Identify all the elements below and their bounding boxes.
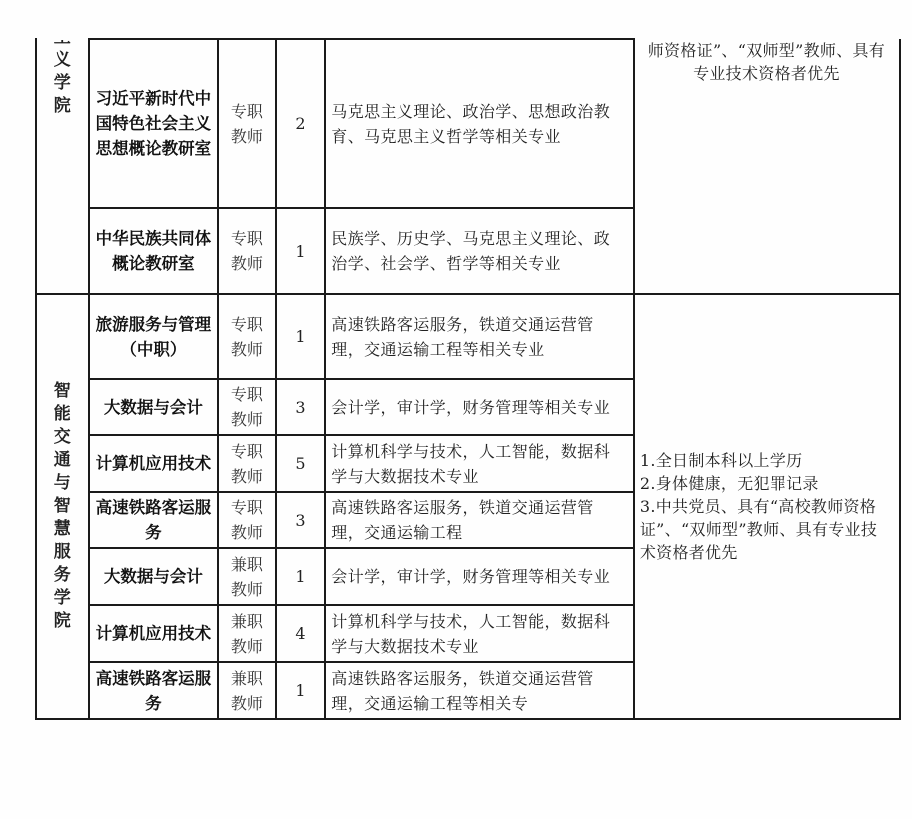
requirement-item: 3.中共党员、具有“高校教师资格证”、“双师型”教师、具有专业技术资格者优先	[640, 495, 893, 564]
position-type-cell: 专职教师	[218, 294, 276, 379]
headcount-cell: 1	[276, 548, 326, 605]
dept-cell: 高速铁路客运服务	[89, 662, 218, 719]
position-type-cell: 专职教师	[218, 435, 276, 492]
recruitment-table: 主义学院 习近平新时代中国特色社会主义思想概论教研室 专职教师 2 马克思主义理…	[35, 38, 901, 720]
position-type-cell: 专职教师	[218, 379, 276, 435]
dept-cell: 大数据与会计	[89, 379, 218, 435]
major-cell: 高速铁路客运服务，铁道交通运营管理，交通运输工程等相关专业	[325, 294, 634, 379]
position-type-cell: 兼职教师	[218, 548, 276, 605]
requirements-cell: 1.全日制本科以上学历 2.身体健康，无犯罪记录 3.中共党员、具有“高校教师资…	[634, 294, 900, 719]
headcount-cell: 3	[276, 492, 326, 548]
dept-cell: 习近平新时代中国特色社会主义思想概论教研室	[89, 39, 218, 208]
dept-cell: 大数据与会计	[89, 548, 218, 605]
major-cell: 高速铁路客运服务，铁道交通运营管理，交通运输工程	[325, 492, 634, 548]
major-cell: 高速铁路客运服务，铁道交通运营管理，交通运输工程等相关专	[325, 662, 634, 719]
major-cell: 计算机科学与技术，人工智能，数据科学与大数据技术专业	[325, 605, 634, 662]
position-type-cell: 兼职教师	[218, 605, 276, 662]
position-type-cell: 专职教师	[218, 492, 276, 548]
headcount-cell: 3	[276, 379, 326, 435]
table-row: 智能交通与智慧服务学院 旅游服务与管理（中职） 专职教师 1 高速铁路客运服务，…	[36, 294, 900, 379]
college-name: 智能交通与智慧服务学院	[52, 380, 72, 633]
headcount-cell: 4	[276, 605, 326, 662]
college-cell: 主义学院	[36, 39, 89, 294]
major-cell: 会计学，审计学，财务管理等相关专业	[325, 379, 634, 435]
position-type-cell: 兼职教师	[218, 662, 276, 719]
dept-cell: 中华民族共同体概论教研室	[89, 208, 218, 294]
headcount-cell: 2	[276, 39, 326, 208]
dept-cell: 计算机应用技术	[89, 435, 218, 492]
headcount-cell: 1	[276, 294, 326, 379]
major-cell: 计算机科学与技术，人工智能，数据科学与大数据技术专业	[325, 435, 634, 492]
major-cell: 马克思主义理论、政治学、思想政治教育、马克思主义哲学等相关专业	[325, 39, 634, 208]
major-cell: 民族学、历史学、马克思主义理论、政治学、社会学、哲学等相关专业	[325, 208, 634, 294]
headcount-cell: 5	[276, 435, 326, 492]
requirements-text: 师资格证”、“双师型”教师、具有专业技术资格者优先	[640, 39, 893, 85]
college-name: 主义学院	[52, 39, 72, 118]
position-type-cell: 专职教师	[218, 39, 276, 208]
requirements-cell: 师资格证”、“双师型”教师、具有专业技术资格者优先	[634, 39, 900, 294]
document-page: 主义学院 习近平新时代中国特色社会主义思想概论教研室 专职教师 2 马克思主义理…	[0, 0, 912, 819]
major-cell: 会计学，审计学，财务管理等相关专业	[325, 548, 634, 605]
table-row: 主义学院 习近平新时代中国特色社会主义思想概论教研室 专职教师 2 马克思主义理…	[36, 39, 900, 208]
headcount-cell: 1	[276, 208, 326, 294]
dept-cell: 计算机应用技术	[89, 605, 218, 662]
requirement-item: 1.全日制本科以上学历	[640, 449, 893, 472]
headcount-cell: 1	[276, 662, 326, 719]
dept-cell: 高速铁路客运服务	[89, 492, 218, 548]
position-type-cell: 专职教师	[218, 208, 276, 294]
college-cell: 智能交通与智慧服务学院	[36, 294, 89, 719]
requirement-item: 2.身体健康，无犯罪记录	[640, 472, 893, 495]
dept-cell: 旅游服务与管理（中职）	[89, 294, 218, 379]
